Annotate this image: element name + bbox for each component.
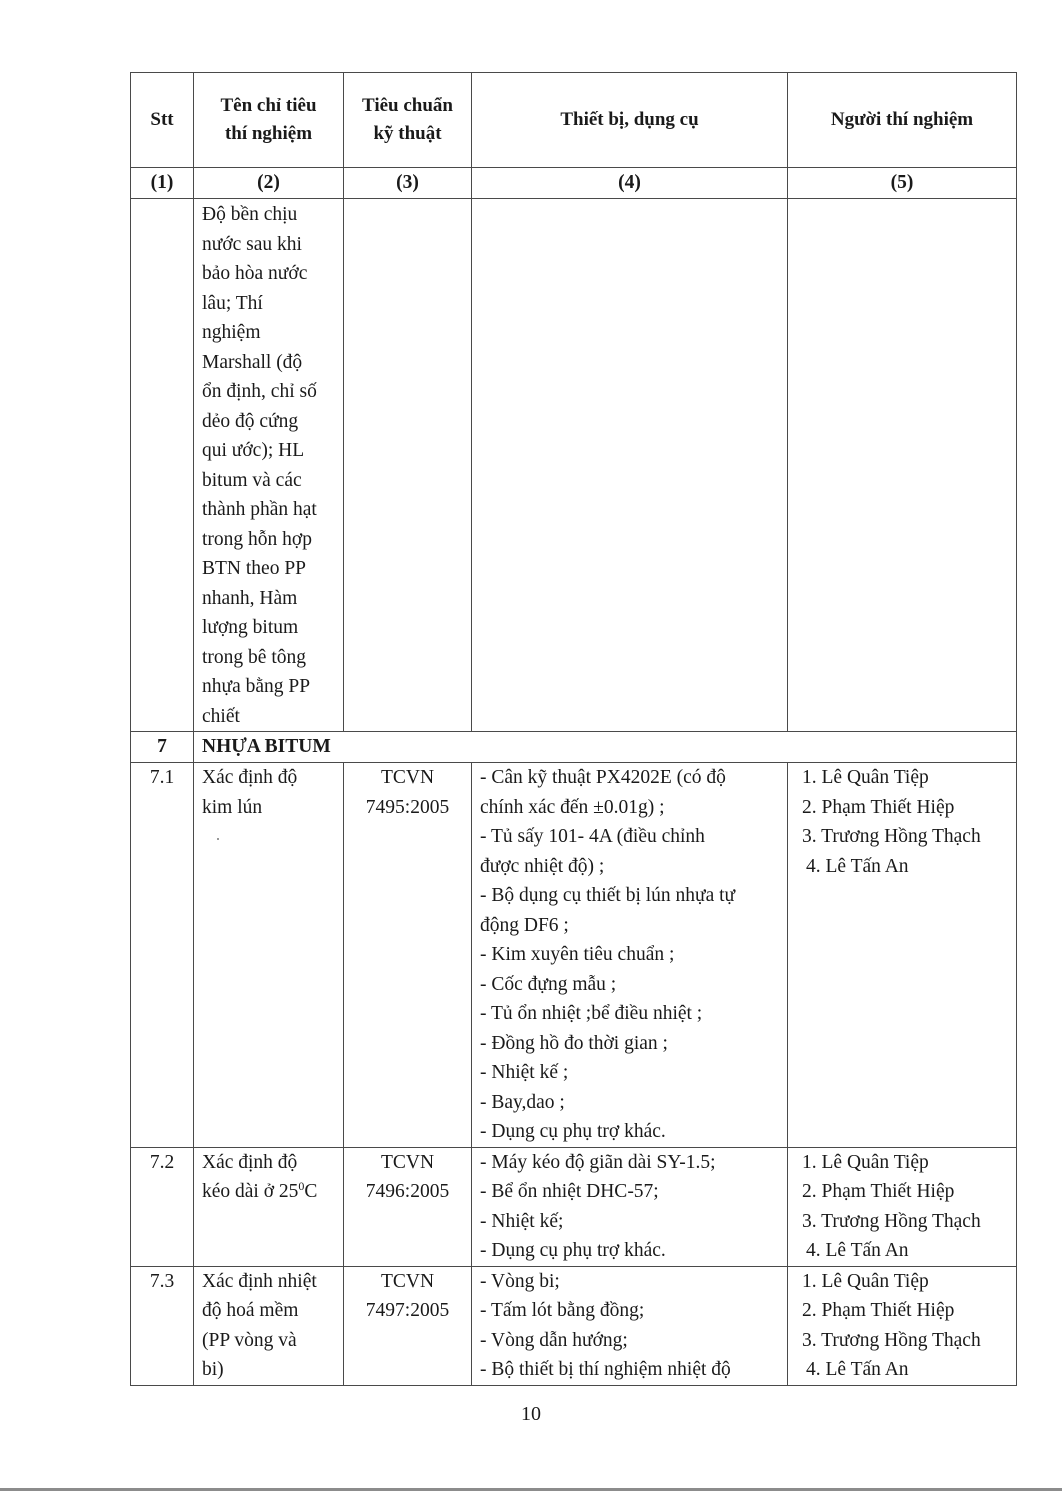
section-row: 7 NHỰA BITUM: [131, 732, 1017, 763]
equipment-item: - Bộ thiết bị thí nghiệm nhiệt độ: [480, 1355, 779, 1385]
table-row-continuation: Độ bền chịunước sau khibảo hòa nướclâu; …: [131, 199, 1017, 732]
test-name-unit: C: [304, 1181, 317, 1202]
test-name-line: nghiệm: [202, 318, 335, 348]
test-name-line: bitum và các: [202, 466, 335, 496]
cell-test-name: Xác định nhiệt độ hoá mềm (PP vòng và bi…: [194, 1266, 344, 1385]
standard-line: 7497:2005: [352, 1296, 463, 1326]
test-name-line: Độ bền chịu: [202, 200, 335, 230]
section-title: NHỰA BITUM: [194, 732, 1017, 763]
test-name-line: nhanh, Hàm: [202, 584, 335, 614]
table-header-row: Stt Tên chỉ tiêu thí nghiệm Tiêu chuẩn k…: [131, 73, 1017, 168]
cell-stt: 7.3: [131, 1266, 194, 1385]
cell-standard: TCVN 7497:2005: [344, 1266, 472, 1385]
standard-line: 7496:2005: [352, 1177, 463, 1207]
cell-equipment: - Vòng bi;- Tấm lót bằng đồng;- Vòng dẫn…: [472, 1266, 788, 1385]
test-name-line: chiết: [202, 702, 335, 732]
equipment-item: - Nhiệt kế ;: [480, 1058, 779, 1088]
test-name-line: kim lún: [202, 793, 335, 823]
equipment-item: - Bay,dao ;: [480, 1088, 779, 1118]
tester-name: 2. Phạm Thiết Hiệp: [796, 1177, 1008, 1207]
equipment-item: - Bể ổn nhiệt DHC-57;: [480, 1177, 779, 1207]
column-number-2: (2): [194, 168, 344, 199]
test-name-line: nước sau khi: [202, 230, 335, 260]
equipment-item: - Kim xuyên tiêu chuẩn ;: [480, 940, 779, 970]
cell-standard-empty: [344, 199, 472, 732]
page-number: 10: [0, 1403, 1062, 1426]
column-number-1: (1): [131, 168, 194, 199]
test-name-line: kéo dài ở 250C: [202, 1177, 335, 1207]
test-name-line: độ hoá mềm: [202, 1296, 335, 1326]
test-name-line: (PP vòng và: [202, 1326, 335, 1356]
cell-equipment: - Cân kỹ thuật PX4202E (có độchính xác đ…: [472, 763, 788, 1148]
equipment-item: - Tủ sấy 101- 4A (điều chỉnh: [480, 822, 779, 852]
cell-tester: 1. Lê Quân Tiệp2. Phạm Thiết Hiệp3. Trươ…: [788, 1147, 1017, 1266]
document-page: Stt Tên chỉ tiêu thí nghiệm Tiêu chuẩn k…: [0, 0, 1062, 1500]
column-number-5: (5): [788, 168, 1017, 199]
test-name-line: trong hỗn hợp: [202, 525, 335, 555]
test-name-line: lượng bitum: [202, 613, 335, 643]
test-name-line: Xác định nhiệt: [202, 1267, 335, 1297]
test-name-line: ổn định, chỉ số: [202, 377, 335, 407]
tester-name: 1. Lê Quân Tiệp: [796, 763, 1008, 793]
header-standard-line2: kỹ thuật: [352, 120, 463, 148]
cell-stt: 7.2: [131, 1147, 194, 1266]
cell-standard: TCVN 7496:2005: [344, 1147, 472, 1266]
equipment-item: động DF6 ;: [480, 911, 779, 941]
test-name-line: Xác định độ: [202, 1148, 335, 1178]
test-name-line: nhựa bằng PP: [202, 672, 335, 702]
test-name-line: BTN theo PP: [202, 554, 335, 584]
tester-name: 4. Lê Tấn An: [796, 1355, 1008, 1385]
equipment-item: - Cốc đựng mẫu ;: [480, 970, 779, 1000]
equipment-item: được nhiệt độ) ;: [480, 852, 779, 882]
header-test-name: Tên chỉ tiêu thí nghiệm: [194, 73, 344, 168]
column-number-4: (4): [472, 168, 788, 199]
test-name-line: dẻo độ cứng: [202, 407, 335, 437]
section-stt: 7: [131, 732, 194, 763]
tester-name: 1. Lê Quân Tiệp: [796, 1267, 1008, 1297]
equipment-item: - Vòng bi;: [480, 1267, 779, 1297]
test-name-line: bi): [202, 1355, 335, 1385]
standard-line: TCVN: [352, 1148, 463, 1178]
equipment-item: - Đồng hồ đo thời gian ;: [480, 1029, 779, 1059]
header-test-name-line2: thí nghiệm: [202, 120, 335, 148]
test-name-line: lâu; Thí: [202, 289, 335, 319]
tester-name: 4. Lê Tấn An: [796, 1236, 1008, 1266]
scan-edge-line: [0, 1488, 1062, 1491]
equipment-item: - Vòng dẫn hướng;: [480, 1326, 779, 1356]
header-stt: Stt: [131, 73, 194, 168]
scan-speck: [217, 838, 219, 840]
tester-name: 3. Trương Hồng Thạch: [796, 1326, 1008, 1356]
cell-stt: 7.1: [131, 763, 194, 1148]
header-equipment: Thiết bị, dụng cụ: [472, 73, 788, 168]
column-number-row: (1) (2) (3) (4) (5): [131, 168, 1017, 199]
equipment-item: chính xác đến ±0.01g) ;: [480, 793, 779, 823]
test-name-line: qui ước); HL: [202, 436, 335, 466]
table-row: 7.1 Xác định độ kim lún TCVN 7495:2005 -…: [131, 763, 1017, 1148]
equipment-item: - Dụng cụ phụ trợ khác.: [480, 1117, 779, 1147]
table-row: 7.2 Xác định độ kéo dài ở 250C TCVN 7496…: [131, 1147, 1017, 1266]
column-number-3: (3): [344, 168, 472, 199]
header-tester: Người thí nghiệm: [788, 73, 1017, 168]
equipment-item: - Máy kéo độ giãn dài SY-1.5;: [480, 1148, 779, 1178]
cell-tester-empty: [788, 199, 1017, 732]
tester-name: 1. Lê Quân Tiệp: [796, 1148, 1008, 1178]
tester-name: 2. Phạm Thiết Hiệp: [796, 1296, 1008, 1326]
equipment-item: - Bộ dụng cụ thiết bị lún nhựa tự: [480, 881, 779, 911]
cell-test-name: Độ bền chịunước sau khibảo hòa nướclâu; …: [194, 199, 344, 732]
header-test-name-line1: Tên chỉ tiêu: [202, 92, 335, 120]
equipment-item: - Tủ ổn nhiệt ;bể điều nhiệt ;: [480, 999, 779, 1029]
cell-equipment-empty: [472, 199, 788, 732]
cell-tester: 1. Lê Quân Tiệp2. Phạm Thiết Hiệp3. Trươ…: [788, 1266, 1017, 1385]
test-name-text: kéo dài ở 25: [202, 1181, 298, 1202]
tester-name: 3. Trương Hồng Thạch: [796, 1207, 1008, 1237]
equipment-item: - Cân kỹ thuật PX4202E (có độ: [480, 763, 779, 793]
tester-name: 2. Phạm Thiết Hiệp: [796, 793, 1008, 823]
cell-tester: 1. Lê Quân Tiệp2. Phạm Thiết Hiệp3. Trươ…: [788, 763, 1017, 1148]
standard-line: 7495:2005: [352, 793, 463, 823]
tester-name: 4. Lê Tấn An: [796, 852, 1008, 882]
standard-line: TCVN: [352, 1267, 463, 1297]
tester-name: 3. Trương Hồng Thạch: [796, 822, 1008, 852]
cell-equipment: - Máy kéo độ giãn dài SY-1.5;- Bể ổn nhi…: [472, 1147, 788, 1266]
cell-stt-empty: [131, 199, 194, 732]
header-standard: Tiêu chuẩn kỹ thuật: [344, 73, 472, 168]
standard-line: TCVN: [352, 763, 463, 793]
test-methods-table: Stt Tên chỉ tiêu thí nghiệm Tiêu chuẩn k…: [130, 72, 1017, 1386]
test-name-line: Xác định độ: [202, 763, 335, 793]
test-name-line: thành phần hạt: [202, 495, 335, 525]
test-name-line: bảo hòa nước: [202, 259, 335, 289]
header-standard-line1: Tiêu chuẩn: [352, 92, 463, 120]
cell-test-name: Xác định độ kim lún: [194, 763, 344, 1148]
table-row: 7.3 Xác định nhiệt độ hoá mềm (PP vòng v…: [131, 1266, 1017, 1385]
equipment-item: - Nhiệt kế;: [480, 1207, 779, 1237]
test-name-line: trong bê tông: [202, 643, 335, 673]
test-name-line: Marshall (độ: [202, 348, 335, 378]
equipment-item: - Tấm lót bằng đồng;: [480, 1296, 779, 1326]
equipment-item: - Dụng cụ phụ trợ khác.: [480, 1236, 779, 1266]
cell-test-name: Xác định độ kéo dài ở 250C: [194, 1147, 344, 1266]
cell-standard: TCVN 7495:2005: [344, 763, 472, 1148]
